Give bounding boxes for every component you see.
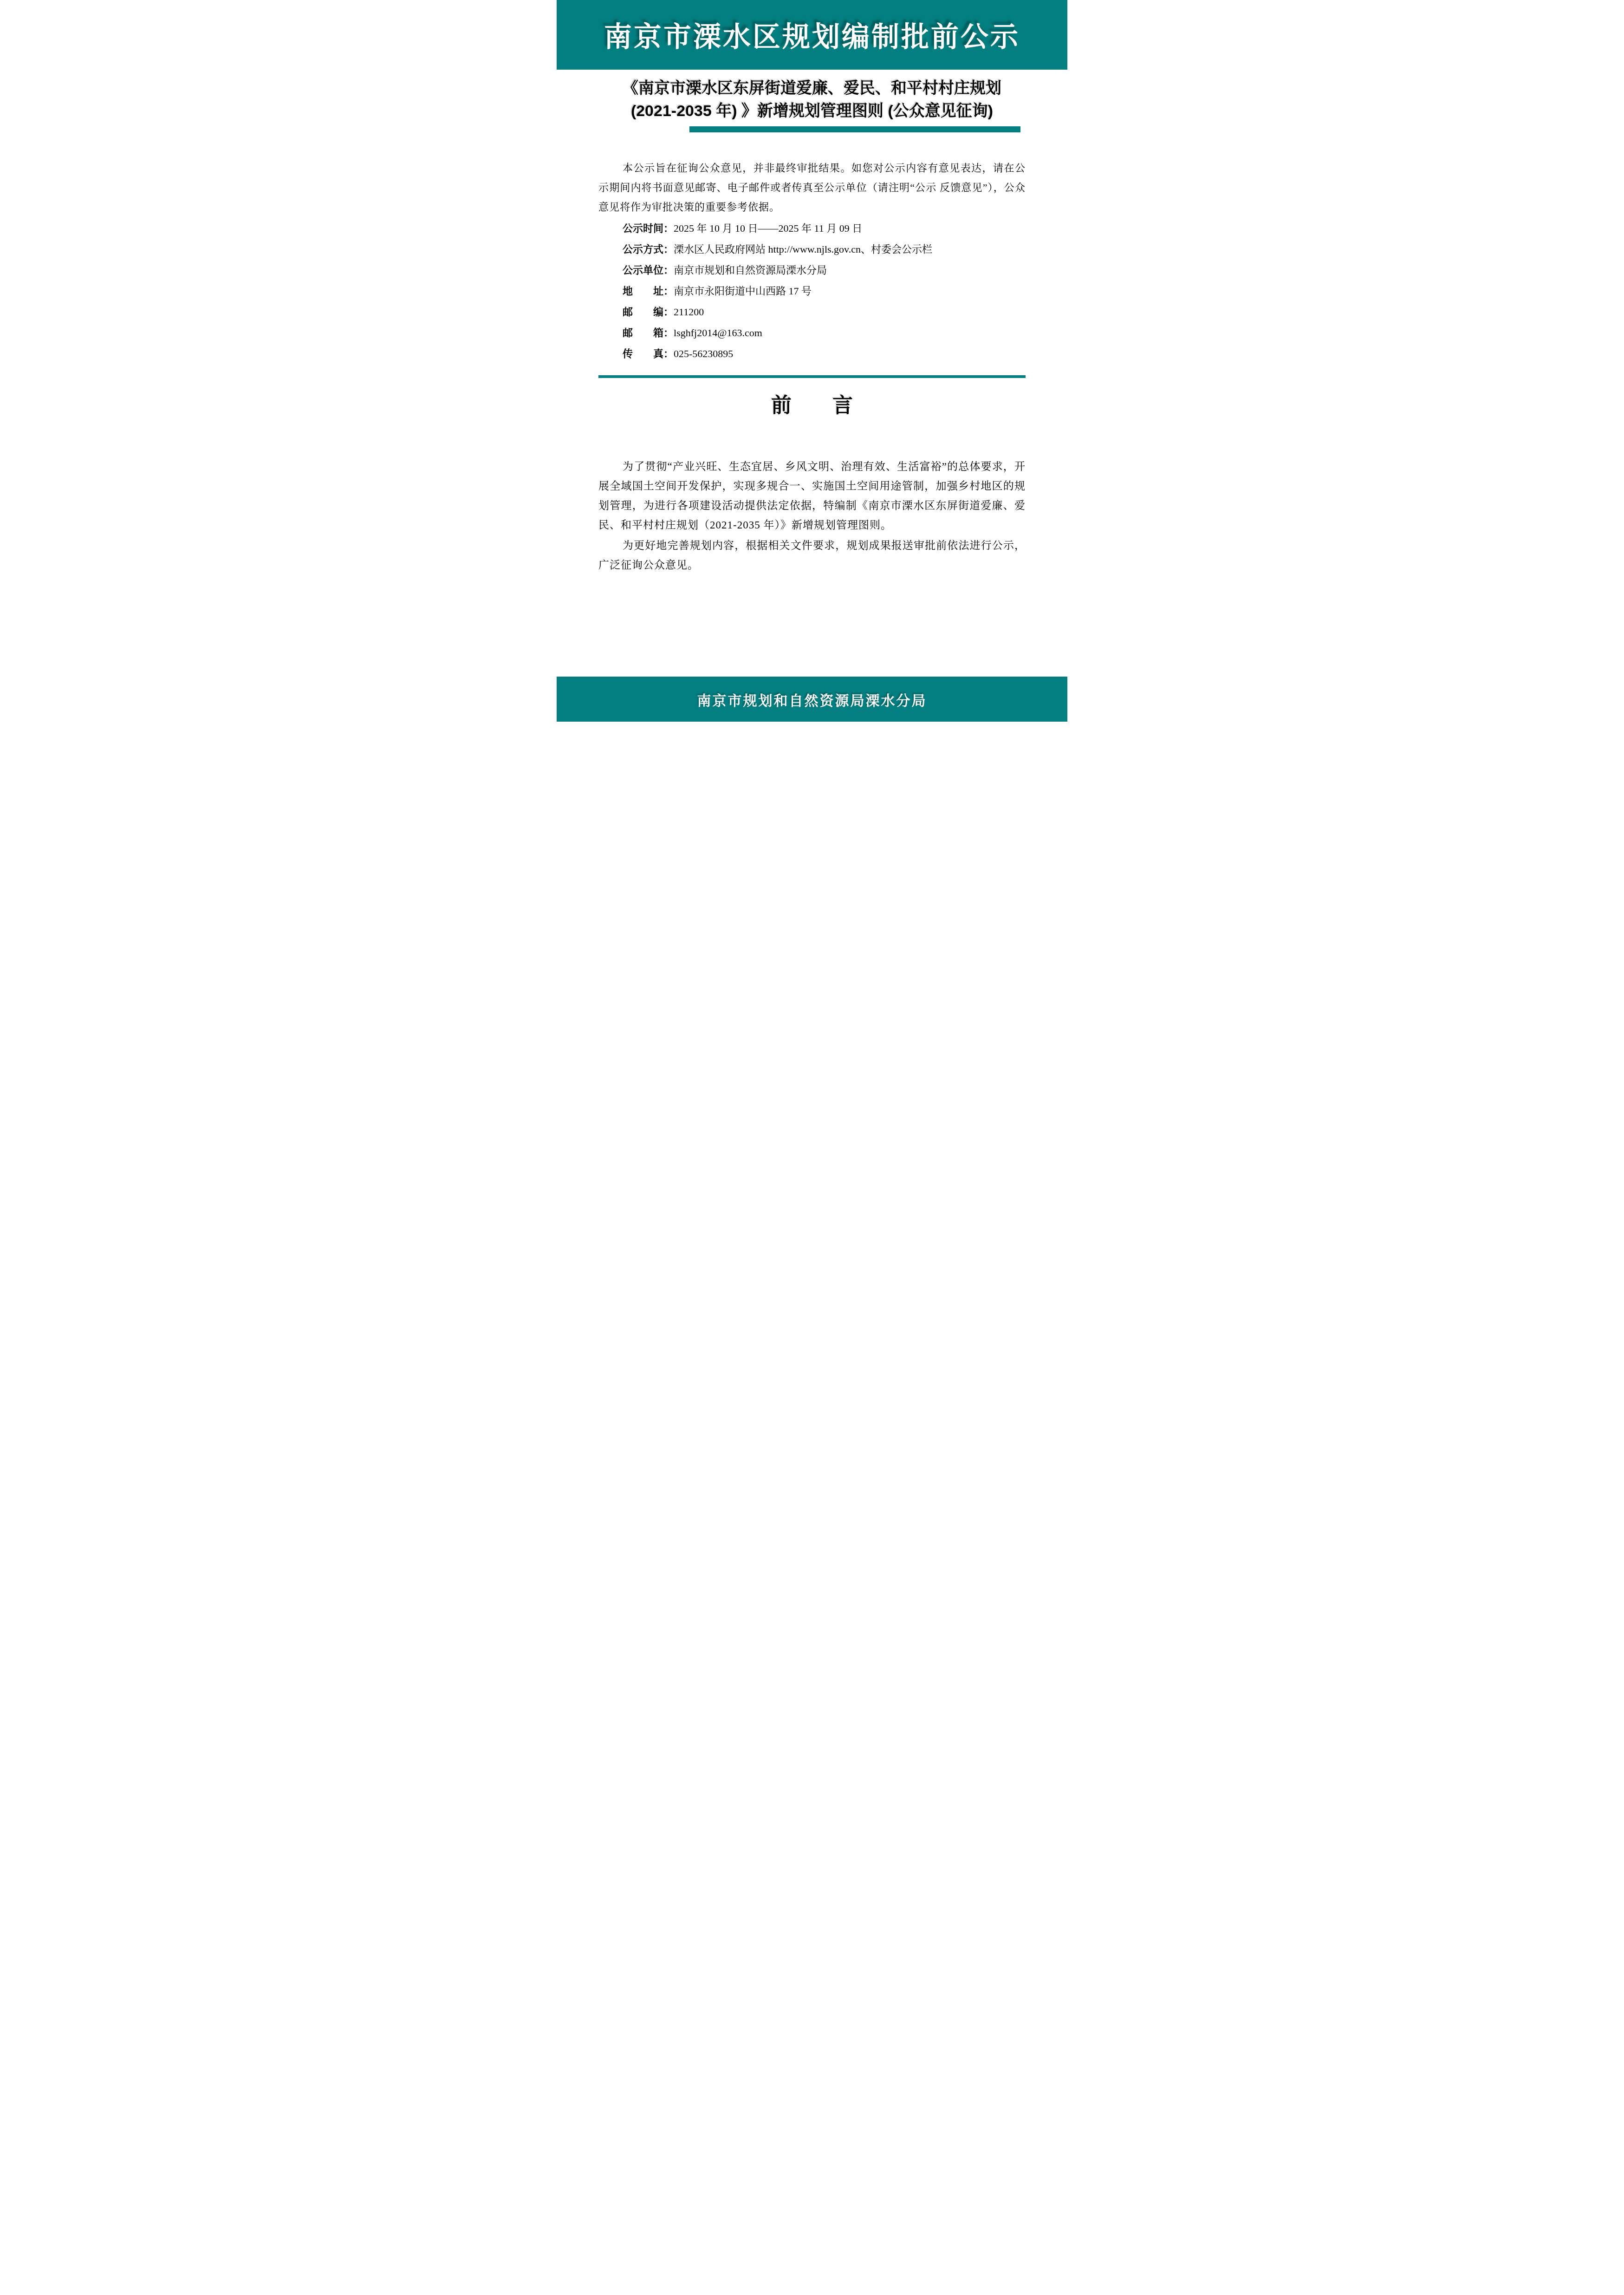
info-row-method: 公示方式：溧水区人民政府网站 http://www.njls.gov.cn、村委… — [598, 239, 1026, 260]
info-row-fax: 传 真：025-56230895 — [598, 343, 1026, 364]
info-label-fax: 传 真： — [623, 348, 674, 359]
content-area: 本公示旨在征询公众意见，并非最终审批结果。如您对公示内容有意见表达，请在公示期间… — [557, 158, 1067, 575]
info-value-zipcode: 211200 — [674, 306, 704, 318]
document-title-line2: (2021-2035 年) 》新增规划管理图则 (公众意见征询) — [557, 100, 1067, 123]
info-list: 公示时间：2025 年 10 月 10 日——2025 年 11 月 09 日 … — [598, 218, 1026, 364]
banner-title: 南京市溧水区规划编制批前公示 — [604, 15, 1020, 55]
document-title: 《南京市溧水区东屏街道爱廉、爱民、和平村村庄规划 (2021-2035 年) 》… — [557, 77, 1067, 132]
footer-agency: 南京市规划和自然资源局溧水分局 — [697, 689, 927, 710]
info-value-email: lsghfj2014@163.com — [674, 327, 762, 339]
info-row-time: 公示时间：2025 年 10 月 10 日——2025 年 11 月 09 日 — [598, 218, 1026, 239]
document-title-line1: 《南京市溧水区东屏街道爱廉、爱民、和平村村庄规划 — [557, 77, 1067, 100]
header-banner: 南京市溧水区规划编制批前公示 — [557, 0, 1067, 70]
info-label-email: 邮 箱： — [623, 327, 674, 339]
preface-heading: 前 言 — [598, 392, 1026, 420]
info-value-fax: 025-56230895 — [674, 348, 733, 359]
section-divider — [598, 375, 1026, 378]
info-label-time: 公示时间： — [623, 222, 674, 234]
info-label-zipcode: 邮 编： — [623, 306, 674, 318]
info-label-method: 公示方式： — [623, 243, 674, 255]
info-row-unit: 公示单位：南京市规划和自然资源局溧水分局 — [598, 260, 1026, 280]
info-value-time: 2025 年 10 月 10 日——2025 年 11 月 09 日 — [674, 222, 862, 234]
preface-paragraph-2: 为更好地完善规划内容，根据相关文件要求，规划成果报送审批前依法进行公示，广泛征询… — [598, 536, 1026, 575]
intro-paragraph: 本公示旨在征询公众意见，并非最终审批结果。如您对公示内容有意见表达，请在公示期间… — [598, 158, 1026, 217]
info-row-zipcode: 邮 编：211200 — [598, 301, 1026, 322]
info-row-address: 地 址：南京市永阳街道中山西路 17 号 — [598, 280, 1026, 301]
info-value-unit: 南京市规划和自然资源局溧水分局 — [674, 264, 827, 276]
info-label-unit: 公示单位： — [623, 264, 674, 276]
title-underline-bar — [689, 126, 1020, 132]
info-label-address: 地 址： — [623, 285, 674, 297]
info-value-address: 南京市永阳街道中山西路 17 号 — [674, 285, 812, 297]
footer-banner: 南京市规划和自然资源局溧水分局 — [557, 677, 1067, 722]
info-value-method: 溧水区人民政府网站 http://www.njls.gov.cn、村委会公示栏 — [674, 243, 932, 255]
info-row-email: 邮 箱：lsghfj2014@163.com — [598, 322, 1026, 343]
announcement-page: 南京市溧水区规划编制批前公示 《南京市溧水区东屏街道爱廉、爱民、和平村村庄规划 … — [557, 0, 1067, 722]
preface-paragraph-1: 为了贯彻“产业兴旺、生态宜居、乡风文明、治理有效、生活富裕”的总体要求，开展全域… — [598, 457, 1026, 535]
